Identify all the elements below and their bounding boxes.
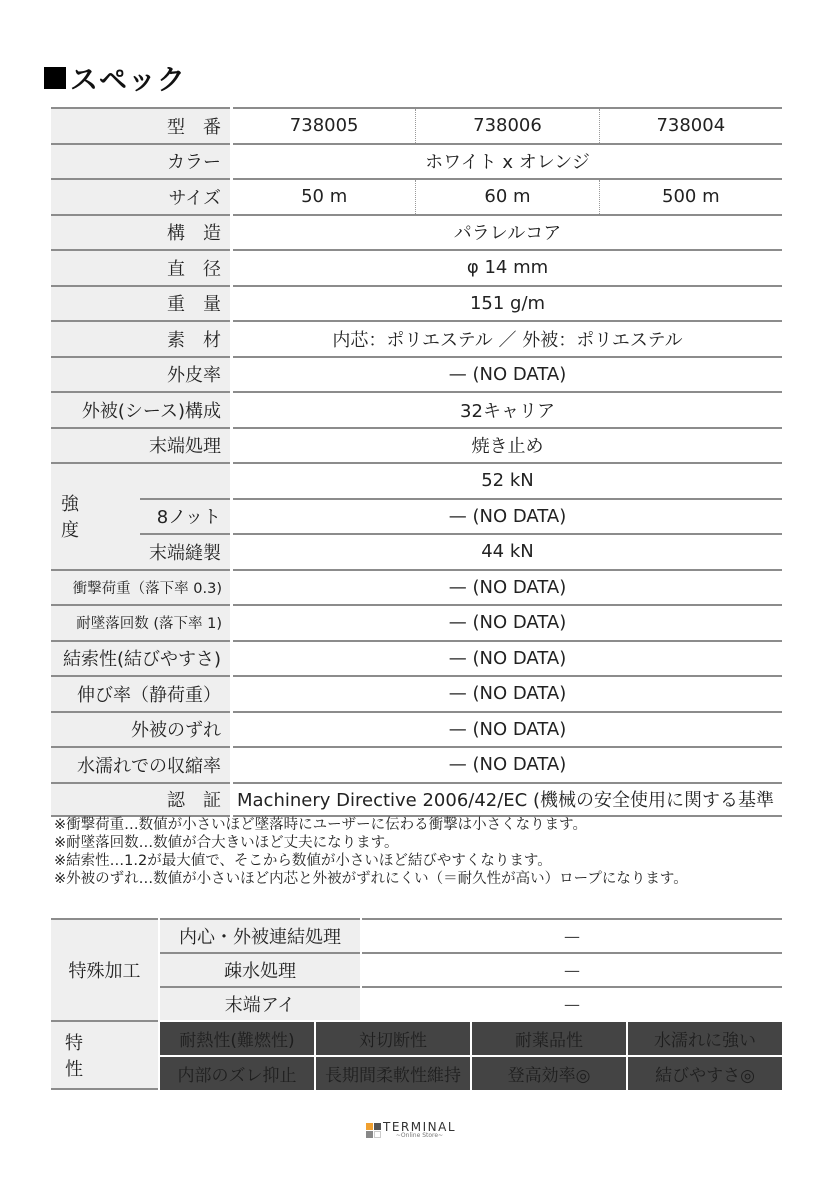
row-value: — (NO DATA)	[233, 604, 782, 640]
footnote: ※結索性…1.2が最大値で、そこから数値が小さいほど結びやすくなります。	[54, 852, 688, 870]
row-value: —	[362, 918, 782, 952]
size-cell: 60 m	[415, 180, 598, 214]
special-processing-group: 特殊加工 内心・外被連結処理 — 疎水処理 — 末端アイ —	[51, 918, 782, 1020]
row-value: ホワイト x オレンジ	[233, 143, 782, 179]
row-value: 44 kN	[233, 533, 782, 569]
row-label: 末端アイ	[160, 986, 360, 1020]
footnote: ※耐墜落回数…数値が合大きいほど丈夫になります。	[54, 834, 688, 852]
feature-badge: 耐薬品性	[472, 1022, 626, 1055]
spec-row-weight: 重 量 151 g/m	[51, 285, 782, 321]
size-cell: 50 m	[233, 180, 415, 214]
spec-row-shrinkage: 水濡れでの収縮率 — (NO DATA)	[51, 746, 782, 782]
spec-row-model: 型 番 738005 738006 738004	[51, 107, 782, 143]
strength-row: 末端縫製 44 kN	[140, 533, 782, 569]
row-value: — (NO DATA)	[233, 569, 782, 605]
row-value: —	[362, 986, 782, 1020]
feature-badge: 登高効率◎	[472, 1057, 626, 1090]
row-label: カラー	[51, 143, 230, 179]
strength-row: 8ノット — (NO DATA)	[140, 498, 782, 534]
row-label: 外被(シース)構成	[51, 391, 230, 427]
spec-row-diameter: 直 径 φ 14 mm	[51, 249, 782, 285]
row-label: 素 材	[51, 320, 230, 356]
spec-row-falls-held: 耐墜落回数 (落下率 1) — (NO DATA)	[51, 604, 782, 640]
model-cell: 738006	[415, 109, 598, 143]
row-label	[140, 462, 230, 498]
spec-row-certification: 認 証 Machinery Directive 2006/42/EC (機械の安…	[51, 782, 782, 818]
row-label: 8ノット	[140, 498, 230, 534]
spec-row-color: カラー ホワイト x オレンジ	[51, 143, 782, 179]
row-label: サイズ	[51, 178, 230, 214]
feature-badge: 耐熱性(難燃性)	[160, 1022, 314, 1055]
row-label: 型 番	[51, 107, 230, 143]
logo-subtitle: ~Online Store~	[383, 1133, 456, 1139]
spec-row-sheath-ratio: 外皮率 — (NO DATA)	[51, 356, 782, 392]
spec-row-sheath-slip: 外被のずれ — (NO DATA)	[51, 711, 782, 747]
size-cell: 500 m	[599, 180, 782, 214]
row-value: — (NO DATA)	[233, 746, 782, 782]
row-value: 52 kN	[233, 462, 782, 498]
page-title: スペック	[44, 58, 186, 98]
feature-badge: 内部のズレ抑止	[160, 1057, 314, 1090]
spec-row-size: サイズ 50 m 60 m 500 m	[51, 178, 782, 214]
row-value: — (NO DATA)	[233, 640, 782, 676]
special-row: 内心・外被連結処理 —	[158, 918, 782, 952]
spec-table: 型 番 738005 738006 738004 カラー ホワイト x オレンジ…	[51, 107, 782, 817]
feature-badge: 水濡れに強い	[628, 1022, 782, 1055]
footnote: ※衝撃荷重…数値が小さいほど墜落時にユーザーに伝わる衝撃は小さくなります。	[54, 816, 688, 834]
row-value: 内芯：ポリエステル ／ 外被：ポリエステル	[233, 320, 782, 356]
row-label: 重 量	[51, 285, 230, 321]
row-value: φ 14 mm	[233, 249, 782, 285]
square-bullet-icon	[44, 67, 66, 89]
feature-badge: 対切断性	[316, 1022, 470, 1055]
model-cell: 738005	[233, 109, 415, 143]
row-label: 末端縫製	[140, 533, 230, 569]
group-label: 強 度	[51, 462, 140, 569]
row-value: — (NO DATA)	[233, 356, 782, 392]
footnote: ※外被のずれ…数値が小さいほど内芯と外被がずれにくい（＝耐久性が高い）ロープにな…	[54, 870, 688, 888]
spec-row-sheath-config: 外被(シース)構成 32キャリア	[51, 391, 782, 427]
row-label: 直 径	[51, 249, 230, 285]
row-label: 外被のずれ	[51, 711, 230, 747]
features-table: 特殊加工 内心・外被連結処理 — 疎水処理 — 末端アイ — 特 性	[51, 918, 782, 1090]
row-label: 結索性(結びやすさ)	[51, 640, 230, 676]
row-label: 疎水処理	[160, 952, 360, 986]
row-label: 構 造	[51, 214, 230, 250]
strength-row: 52 kN	[140, 462, 782, 498]
features-group: 特 性 耐熱性(難燃性) 対切断性 耐薬品性 水濡れに強い 内部のズレ抑止 長期…	[51, 1020, 782, 1090]
row-label: 内心・外被連結処理	[160, 918, 360, 952]
footnotes: ※衝撃荷重…数値が小さいほど墜落時にユーザーに伝わる衝撃は小さくなります。 ※耐…	[54, 816, 688, 888]
row-label: 末端処理	[51, 427, 230, 463]
row-value: 32キャリア	[233, 391, 782, 427]
row-value: — (NO DATA)	[233, 675, 782, 711]
spec-row-material: 素 材 内芯：ポリエステル ／ 外被：ポリエステル	[51, 320, 782, 356]
spec-row-elongation: 伸び率（静荷重） — (NO DATA)	[51, 675, 782, 711]
row-value: Machinery Directive 2006/42/EC (機械の安全使用に…	[233, 782, 782, 818]
row-value: — (NO DATA)	[233, 498, 782, 534]
row-label: 認 証	[51, 782, 230, 818]
row-value: — (NO DATA)	[233, 711, 782, 747]
group-label: 特殊加工	[51, 918, 158, 1020]
page-title-text: スペック	[70, 58, 186, 98]
row-label: 外皮率	[51, 356, 230, 392]
row-value: パラレルコア	[233, 214, 782, 250]
row-value: 50 m 60 m 500 m	[233, 178, 782, 214]
spec-row-end-treatment: 末端処理 焼き止め	[51, 427, 782, 463]
feature-badge: 長期間柔軟性維持	[316, 1057, 470, 1090]
row-label: 衝撃荷重（落下率 0.3)	[51, 569, 230, 605]
spec-row-impact-force: 衝撃荷重（落下率 0.3) — (NO DATA)	[51, 569, 782, 605]
row-value: 738005 738006 738004	[233, 107, 782, 143]
row-value: —	[362, 952, 782, 986]
row-value: 焼き止め	[233, 427, 782, 463]
spec-row-structure: 構 造 パラレルコア	[51, 214, 782, 250]
store-logo: TERMINAL ~Online Store~	[366, 1121, 456, 1139]
feature-badge: 結びやすさ◎	[628, 1057, 782, 1090]
row-value: 151 g/m	[233, 285, 782, 321]
logo-grid-icon	[366, 1123, 381, 1138]
special-row: 末端アイ —	[158, 986, 782, 1020]
spec-group-strength: 強 度 52 kN 8ノット — (NO DATA) 末端縫製 44 kN	[51, 462, 782, 569]
group-label: 特 性	[51, 1020, 158, 1090]
row-label: 伸び率（静荷重）	[51, 675, 230, 711]
special-row: 疎水処理 —	[158, 952, 782, 986]
model-cell: 738004	[599, 109, 782, 143]
spec-row-knotability: 結索性(結びやすさ) — (NO DATA)	[51, 640, 782, 676]
row-label: 水濡れでの収縮率	[51, 746, 230, 782]
row-label: 耐墜落回数 (落下率 1)	[51, 604, 230, 640]
